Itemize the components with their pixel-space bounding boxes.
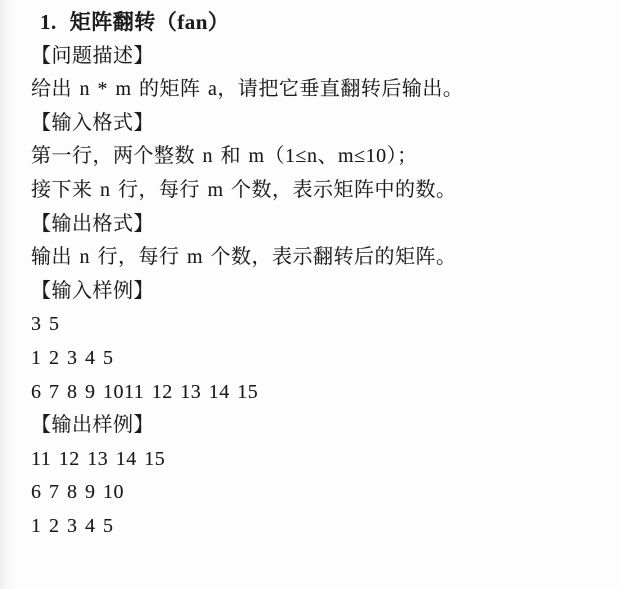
section-heading-problem-description: 【问题描述】 [31,40,601,74]
section-heading-sample-output: 【输出样例】 [31,409,601,443]
body-line-input-format-2: 接下来 n 行，每行 m 个数，表示矩阵中的数。 [31,174,601,208]
section-heading-input-format: 【输入格式】 [31,107,601,141]
document-page: 1.矩阵翻转（fan） 【问题描述】 给出 n * m 的矩阵 a，请把它垂直翻… [0,0,621,589]
sample-output-line-2: 6 7 8 9 10 [31,476,601,510]
sample-input-line-3: 6 7 8 9 1011 12 13 14 15 [31,376,601,410]
body-line-output-format: 输出 n 行，每行 m 个数，表示翻转后的矩阵。 [31,241,601,275]
page-title: 1.矩阵翻转（fan） [31,6,601,40]
sample-input-line-2: 1 2 3 4 5 [31,342,601,376]
title-number: 1. [40,10,57,34]
section-heading-output-format: 【输出格式】 [31,208,601,242]
body-line-input-format-1: 第一行，两个整数 n 和 m（1≤n、m≤10）； [31,140,601,174]
section-heading-sample-input: 【输入样例】 [31,275,601,309]
sample-input-line-1: 3 5 [31,308,601,342]
sample-output-line-3: 1 2 3 4 5 [31,510,601,544]
sample-output-line-1: 11 12 13 14 15 [31,443,601,477]
title-text: 矩阵翻转（fan） [70,10,230,34]
body-line-problem-description: 给出 n * m 的矩阵 a，请把它垂直翻转后输出。 [31,73,601,107]
